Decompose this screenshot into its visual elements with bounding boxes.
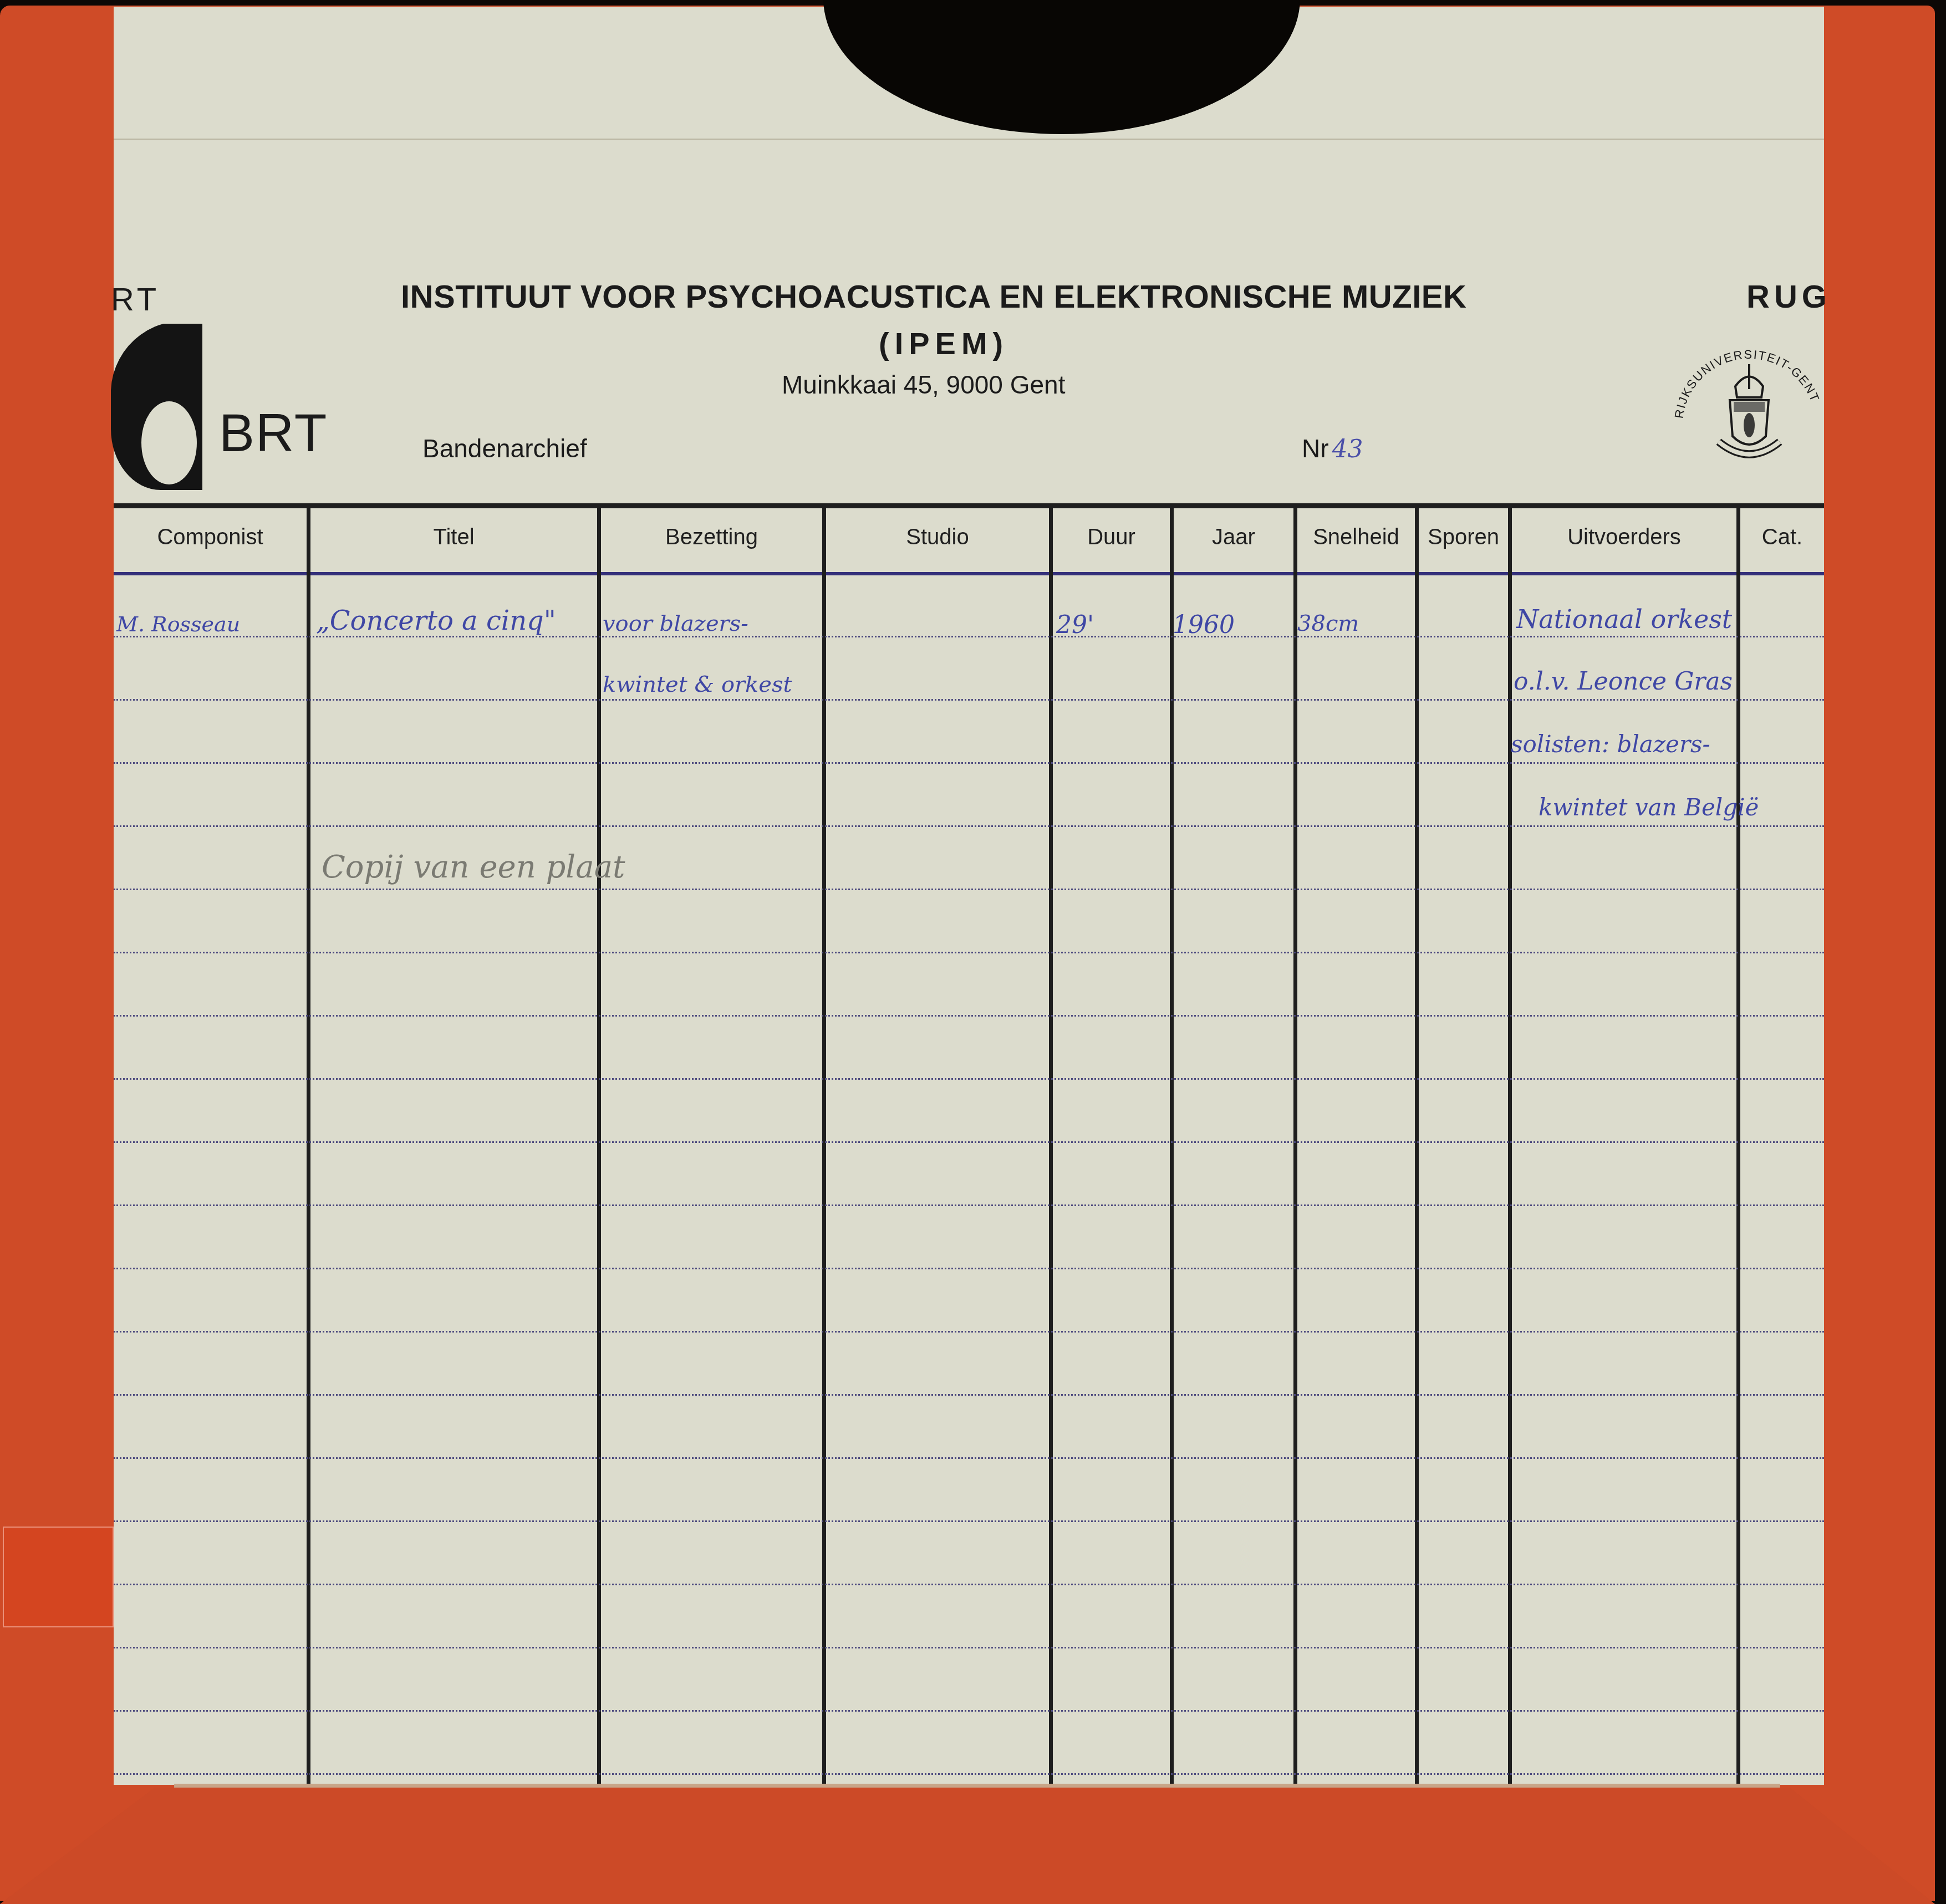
entry-bezetting-line1: voor blazers- — [603, 611, 748, 636]
folder-bottom-flap — [0, 1788, 1935, 1904]
header-duur: Duur — [1053, 525, 1170, 550]
ruled-line — [114, 1710, 1824, 1712]
number-field: Nr43 — [1302, 433, 1363, 463]
university-seal-icon: RIJKSUNIVERSITEIT-GENT — [1666, 342, 1832, 469]
ruled-line — [114, 1331, 1824, 1333]
entry-uitvoerders-line2: o.l.v. Leonce Gras — [1514, 667, 1733, 696]
header-uitvoerders: Uitvoerders — [1512, 525, 1736, 550]
entry-uitvoerders-line1: Nationaal orkest — [1516, 604, 1732, 634]
institute-acronym: (IPEM) — [879, 325, 1008, 361]
partial-brt-label: RT — [111, 281, 160, 318]
entry-jaar: 1960 — [1173, 611, 1235, 639]
rug-label: RUG — [1746, 278, 1831, 315]
ruled-line — [114, 762, 1824, 764]
ruled-line — [114, 1584, 1824, 1585]
ruled-line — [114, 1204, 1824, 1206]
entry-uitvoerders-line4: kwintet van België — [1539, 794, 1759, 821]
ruled-line — [114, 1520, 1824, 1522]
table-top-rule — [114, 503, 1824, 508]
torn-paper-edge — [0, 1784, 1935, 1788]
ruled-line — [114, 1268, 1824, 1269]
entry-titel: „Concerto a cinq" — [316, 605, 556, 636]
ruled-line — [114, 1394, 1824, 1396]
entry-duur: 29' — [1056, 611, 1094, 639]
pencil-note: Copij van een plaat — [322, 849, 625, 885]
ruled-line — [114, 1015, 1824, 1017]
ruled-line — [114, 699, 1824, 701]
ruled-line — [114, 952, 1824, 953]
ruled-line — [114, 1647, 1824, 1648]
ruled-line — [114, 1457, 1824, 1459]
reel-hole-cutout — [823, 0, 1300, 134]
header-titel: Titel — [310, 525, 597, 550]
entry-uitvoerders-line3: solisten: blazers- — [1511, 731, 1710, 758]
ruled-line — [114, 1141, 1824, 1143]
ruled-line — [114, 1773, 1824, 1775]
sleeve-fold-line — [114, 139, 1824, 140]
entry-componist: M. Rosseau — [116, 612, 240, 636]
institute-address: Muinkkaai 45, 9000 Gent — [782, 370, 1065, 400]
entry-bezetting-line2: kwintet & orkest — [603, 672, 792, 697]
ruled-line — [114, 825, 1824, 827]
ruled-line — [114, 889, 1824, 890]
number-label: Nr — [1302, 434, 1329, 463]
institute-title: INSTITUUT VOOR PSYCHOACUSTICA EN ELEKTRO… — [401, 278, 1466, 315]
header-bezetting: Bezetting — [601, 525, 822, 550]
header-snelheid: Snelheid — [1297, 525, 1415, 550]
entry-snelheid: 38cm — [1297, 611, 1359, 636]
header-cat: Cat. — [1740, 525, 1824, 550]
archive-sheet: RT INSTITUUT VOOR PSYCHOACUSTICA EN ELEK… — [114, 7, 1824, 1785]
archive-label: Bandenarchief — [422, 433, 587, 463]
brt-logo-icon — [111, 324, 205, 490]
header-componist: Componist — [114, 525, 307, 550]
orange-tape-patch — [3, 1527, 114, 1627]
header-underline — [114, 572, 1824, 575]
brt-logo-label: BRT — [219, 403, 328, 464]
header-sporen: Sporen — [1419, 525, 1508, 550]
header-jaar: Jaar — [1174, 525, 1293, 550]
number-value: 43 — [1332, 435, 1363, 463]
ruled-line — [114, 1078, 1824, 1080]
header-studio: Studio — [826, 525, 1049, 550]
